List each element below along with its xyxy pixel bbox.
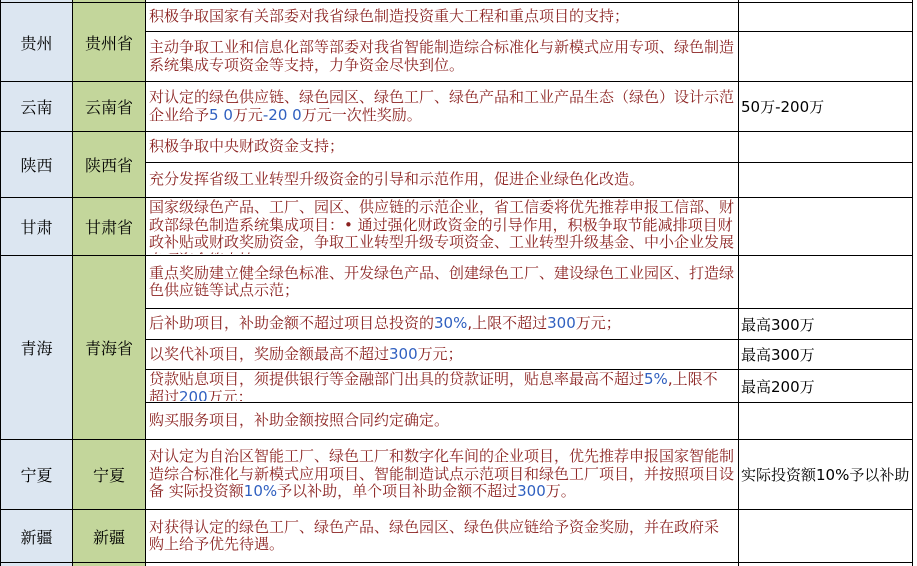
table-row: 甘肃 甘肃省 国家级绿色产品、工厂、园区、供应链的示范企业，省工信委将优先推荐申… xyxy=(1,198,913,256)
table-row: 青海 青海省 重点奖励建立健全绿色标准、开发绿色产品、创建绿色工厂、建设绿色工业… xyxy=(1,256,913,309)
province-full-cell: 新疆 xyxy=(73,510,146,563)
province-short-cell: 宁夏 xyxy=(1,440,73,510)
province-short-cell xyxy=(1,563,73,566)
policy-cell: 国家级绿色产品、工厂、园区、供应链的示范企业，省工信委将优先推荐申报工信部、财政… xyxy=(146,198,739,256)
province-short-cell: 新疆 xyxy=(1,510,73,563)
table-row: 云南 云南省 对认定的绿色供应链、绿色园区、绿色工厂、绿色产品和工业产品生态（绿… xyxy=(1,82,913,132)
policy-text: 万元； xyxy=(208,388,253,402)
policy-cell: 贷款贴息项目，须提供银行等金融部门出具的贷款证明，贴息率最高不超过5%,上限不 … xyxy=(146,370,739,403)
number-text: 200 xyxy=(179,388,208,402)
amount-cell xyxy=(739,163,913,198)
policy-text: 以奖代补项目，奖励金额最高不超过 xyxy=(149,345,389,363)
province-full-cell: 甘肃省 xyxy=(73,198,146,256)
table-row: 贵州 贵州省 积极争取国家有关部委对我省绿色制造投资重大工程和重点项目的支持； xyxy=(1,3,913,32)
amount-cell xyxy=(739,510,913,563)
number-text: 30% xyxy=(434,314,467,332)
policy-text: 后补助项目，补助金额不超过项目总投资的 xyxy=(149,314,434,332)
policy-cell: 对认定的绿色供应链、绿色园区、绿色工厂、绿色产品和工业产品生态（绿色）设计示范企… xyxy=(146,82,739,132)
policy-cell: 以奖代补项目，奖励金额最高不超过300万元； xyxy=(146,340,739,370)
province-full-cell: 云南省 xyxy=(73,82,146,132)
policy-cell: 积极争取国家有关部委对我省绿色制造投资重大工程和重点项目的支持； xyxy=(146,3,739,32)
policy-text: 万元； xyxy=(418,345,463,363)
number-text: 300 xyxy=(389,345,418,363)
policy-clipped-text: 国家级绿色产品、工厂、园区、供应链的示范企业，省工信委将优先推荐申报工信部、财政… xyxy=(149,199,735,254)
number-text: 300 xyxy=(547,314,576,332)
number-text: 10% xyxy=(244,482,277,500)
province-short-cell: 贵州 xyxy=(1,3,73,82)
policy-cell: 重点奖励建立健全绿色标准、开发绿色产品、创建绿色工厂、建设绿色工业园区、打造绿色… xyxy=(146,256,739,309)
province-short-cell: 云南 xyxy=(1,82,73,132)
province-full-cell: 陕西省 xyxy=(73,132,146,198)
province-short-cell: 陕西 xyxy=(1,132,73,198)
number-text: 5 0 xyxy=(209,106,233,124)
amount-cell xyxy=(739,256,913,309)
number-text: -20 0 xyxy=(263,106,302,124)
policy-cell xyxy=(146,563,739,566)
table-row: 新疆 新疆 对获得认定的绿色工厂、绿色产品、绿色园区、绿色供应链给予资金奖励，并… xyxy=(1,510,913,563)
number-text: 300 xyxy=(517,482,546,500)
policy-text: 万元； xyxy=(576,314,621,332)
province-short-cell: 青海 xyxy=(1,256,73,440)
amount-cell: 最高300万 xyxy=(739,309,913,340)
number-text: 5% xyxy=(644,371,668,388)
policy-table: 贵州 贵州省 积极争取国家有关部委对我省绿色制造投资重大工程和重点项目的支持； … xyxy=(0,0,913,566)
policy-text: 万元 xyxy=(233,106,263,124)
amount-cell: 最高300万 xyxy=(739,340,913,370)
amount-cell: 50万-200万 xyxy=(739,82,913,132)
policy-cell: 对获得认定的绿色工厂、绿色产品、绿色园区、绿色供应链给予资金奖励，并在政府采 购… xyxy=(146,510,739,563)
amount-cell xyxy=(739,3,913,32)
policy-text: 贷款贴息项目，须提供银行等金融部门出具的贷款证明，贴息率最高不超过 xyxy=(149,371,644,388)
table-row: 陕西 陕西省 积极争取中央财政资金支持； xyxy=(1,132,913,163)
policy-cell: 对认定为自治区智能工厂、绿色工厂和数字化车间的企业项目，优先推荐申报国家智能制造… xyxy=(146,440,739,510)
amount-cell xyxy=(739,198,913,256)
amount-cell xyxy=(739,563,913,566)
province-full-cell xyxy=(73,563,146,566)
table-row xyxy=(1,563,913,566)
policy-cell: 积极争取中央财政资金支持； xyxy=(146,132,739,163)
policy-text: 万元一次性奖励。 xyxy=(302,106,422,124)
policy-text: 予以补助，单个项目补助金额不超过 xyxy=(277,482,517,500)
province-full-cell: 贵州省 xyxy=(73,3,146,82)
amount-cell xyxy=(739,403,913,440)
province-full-cell: 青海省 xyxy=(73,256,146,440)
amount-cell: 实际投资额10%予以补助 xyxy=(739,440,913,510)
amount-cell xyxy=(739,132,913,163)
province-full-cell: 宁夏 xyxy=(73,440,146,510)
policy-cell: 主动争取工业和信息化部等部委对我省智能制造综合标准化与新模式应用专项、绿色制造系… xyxy=(146,32,739,82)
policy-text: 万。 xyxy=(546,482,576,500)
amount-cell: 最高200万 xyxy=(739,370,913,403)
policy-text: ,上限不超过 xyxy=(467,314,547,332)
document-page: 贵州 贵州省 积极争取国家有关部委对我省绿色制造投资重大工程和重点项目的支持； … xyxy=(0,0,917,566)
policy-cell: 后补助项目，补助金额不超过项目总投资的30%,上限不超过300万元； xyxy=(146,309,739,340)
province-short-cell: 甘肃 xyxy=(1,198,73,256)
policy-clipped-text: 贷款贴息项目，须提供银行等金融部门出具的贷款证明，贴息率最高不超过5%,上限不 … xyxy=(149,371,735,401)
policy-cell: 充分发挥省级工业转型升级资金的引导和示范作用，促进企业绿色化改造。 xyxy=(146,163,739,198)
table-row: 宁夏 宁夏 对认定为自治区智能工厂、绿色工厂和数字化车间的企业项目，优先推荐申报… xyxy=(1,440,913,510)
policy-cell: 购买服务项目，补助金额按照合同约定确定。 xyxy=(146,403,739,440)
amount-cell xyxy=(739,32,913,82)
